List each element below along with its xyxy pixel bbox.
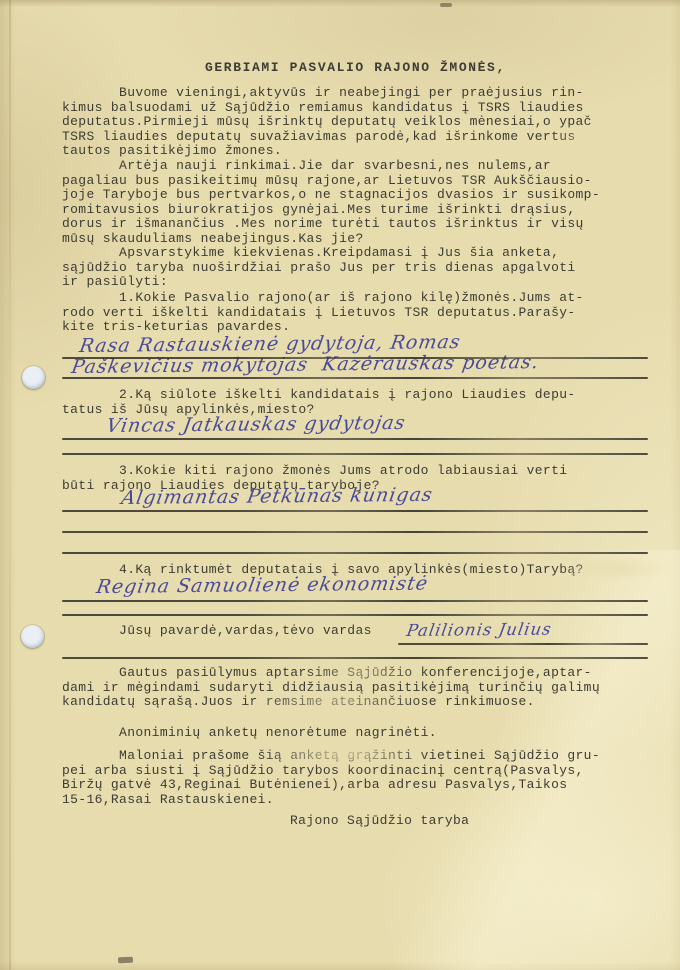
answer-rule: [398, 643, 648, 645]
question-1-text: 1.Kokie Pasvalio rajono(ar iš rajono kil…: [62, 291, 584, 335]
answer-rule: [62, 377, 648, 379]
page-title: GERBIAMI PASVALIO RAJONO ŽMONĖS,: [205, 61, 506, 76]
answer-rule: [62, 657, 648, 659]
scan-edge-mark: [440, 3, 452, 7]
closing-paragraph-1: Gautus pasiūlymus aptarsime Sąjūdžio kon…: [62, 666, 600, 710]
answer-rule: [62, 552, 648, 554]
answer-rule: [62, 510, 648, 512]
question-4-answer-line-1: Regina Samuolienė ekonomistė: [95, 574, 430, 597]
paper-crease: [9, 0, 11, 970]
intro-paragraph-1: Buvome vieningi,aktyvūs ir neabejingi pe…: [62, 86, 592, 159]
answer-rule: [62, 531, 648, 533]
answer-rule: [62, 600, 648, 602]
intro-paragraph-3: Apsvarstykime kiekvienas.Kreipdamasi į J…: [62, 246, 576, 290]
closing-paragraph-2: Anoniminių anketų nenorėtume nagrinėti.: [62, 726, 437, 741]
question-2-answer-line-1: Vincas Jatkauskas gydytojas: [105, 413, 407, 436]
bottom-smudge-mark: [118, 957, 133, 964]
closing-paragraph-3: Maloniai prašome šią anketą grąžinti vie…: [62, 749, 600, 807]
scanned-questionnaire-page: GERBIAMI PASVALIO RAJONO ŽMONĖS, Buvome …: [0, 0, 680, 970]
hole-punch-bottom: [21, 625, 44, 648]
answer-rule: [62, 357, 648, 359]
question-1-answer-line-2: Paškevičius mokytojas Kazėrauskas poetas…: [70, 352, 541, 377]
signature-line: Rajono Sąjūdžio taryba: [290, 814, 469, 829]
name-row-value: Palilionis Julius: [405, 619, 553, 641]
hole-punch-top: [22, 366, 45, 389]
intro-paragraph-2: Artėja nauji rinkimai.Jie dar svarbesni,…: [62, 159, 600, 247]
answer-rule: [62, 438, 648, 440]
answer-rule: [62, 614, 648, 616]
question-3-answer-line-1: Algimantas Petkūnas kunigas: [120, 485, 434, 508]
answer-rule: [62, 453, 648, 455]
name-row-label: Jūsų pavardė,vardas,tėvo vardas: [62, 624, 372, 639]
